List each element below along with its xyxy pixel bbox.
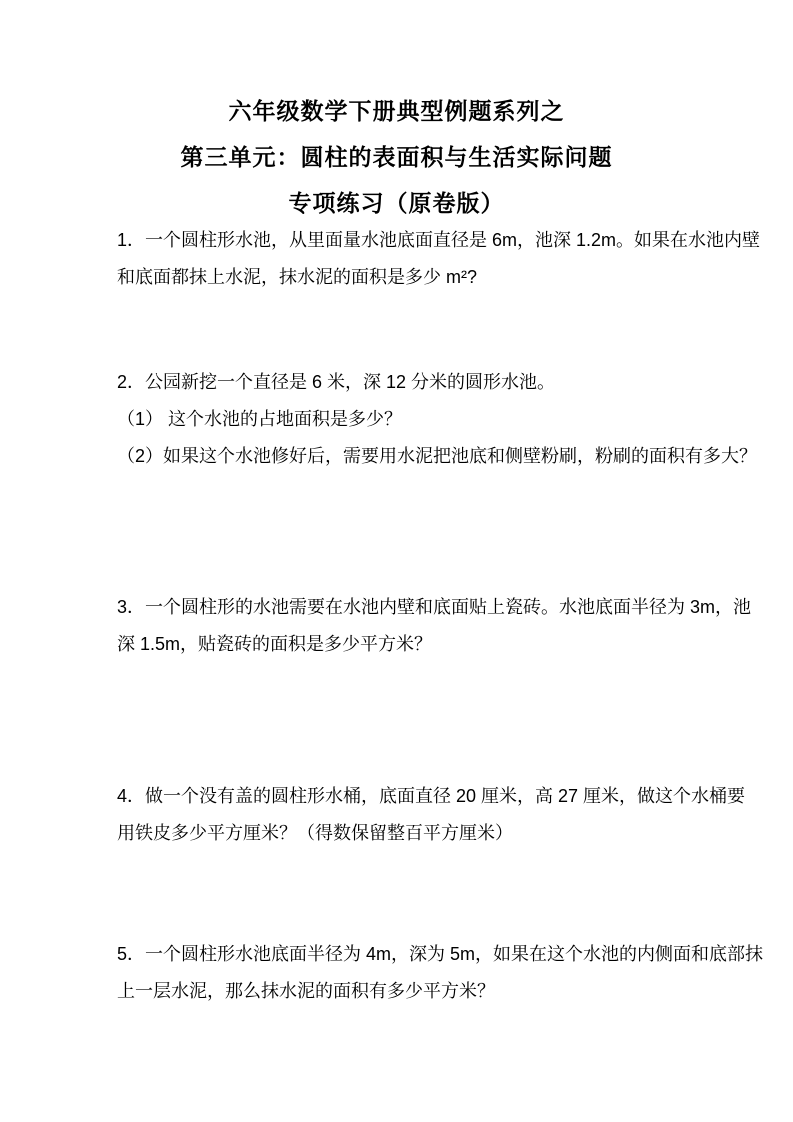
problem-2-subquestion-2: （2）如果这个水池修好后，需要用水泥把池底和侧壁粉刷，粉刷的面积有多大？ <box>117 438 793 475</box>
page-title-series: 六年级数学下册典型例题系列之 <box>0 88 793 134</box>
problem-4: 4．做一个没有盖的圆柱形水桶，底面直径 20 厘米，高 27 厘米，做这个水桶要… <box>117 778 793 852</box>
problem-2: 2．公园新挖一个直径是 6 米，深 12 分米的圆形水池。 （1） 这个水池的占… <box>117 364 793 475</box>
problem-2-subquestion-1: （1） 这个水池的占地面积是多少？ <box>117 401 793 438</box>
page-title-unit: 第三单元：圆柱的表面积与生活实际问题 <box>0 134 793 180</box>
problem-5-line-1: 5．一个圆柱形水池底面半径为 4m，深为 5m，如果在这个水池的内侧面和底部抹 <box>117 936 793 973</box>
page-title-practice: 专项练习（原卷版） <box>0 180 793 226</box>
problem-4-line-1: 4．做一个没有盖的圆柱形水桶，底面直径 20 厘米，高 27 厘米，做这个水桶要 <box>117 778 793 815</box>
problem-3-line-1: 3．一个圆柱形的水池需要在水池内壁和底面贴上瓷砖。水池底面半径为 3m，池 <box>117 589 793 626</box>
problem-4-line-2: 用铁皮多少平方厘米？（得数保留整百平方厘米） <box>117 815 793 852</box>
problem-5-line-2: 上一层水泥，那么抹水泥的面积有多少平方米？ <box>117 973 793 1010</box>
problem-1-line-2: 和底面都抹上水泥，抹水泥的面积是多少 m²? <box>117 259 793 296</box>
problem-3-line-2: 深 1.5m，贴瓷砖的面积是多少平方米？ <box>117 626 793 663</box>
problem-3: 3．一个圆柱形的水池需要在水池内壁和底面贴上瓷砖。水池底面半径为 3m，池 深 … <box>117 589 793 663</box>
problem-1: 1．一个圆柱形水池，从里面量水池底面直径是 6m，池深 1.2m。如果在水池内壁… <box>117 222 793 296</box>
problem-2-line-1: 2．公园新挖一个直径是 6 米，深 12 分米的圆形水池。 <box>117 364 793 401</box>
problem-5: 5．一个圆柱形水池底面半径为 4m，深为 5m，如果在这个水池的内侧面和底部抹 … <box>117 936 793 1010</box>
worksheet-header: 六年级数学下册典型例题系列之 第三单元：圆柱的表面积与生活实际问题 专项练习（原… <box>0 88 793 226</box>
problem-1-line-1: 1．一个圆柱形水池，从里面量水池底面直径是 6m，池深 1.2m。如果在水池内壁 <box>117 222 793 259</box>
worksheet-page: 六年级数学下册典型例题系列之 第三单元：圆柱的表面积与生活实际问题 专项练习（原… <box>0 0 793 1122</box>
